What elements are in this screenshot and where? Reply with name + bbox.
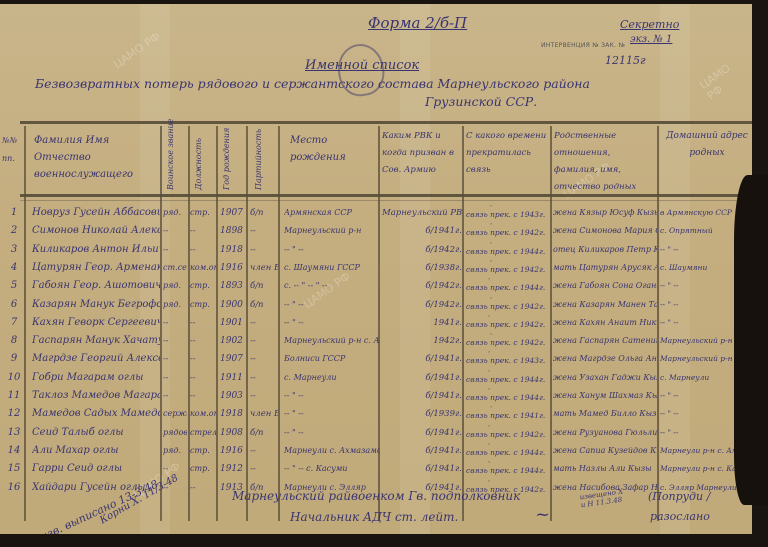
registry-stamp: ИНТЕРВЕНЦИЯ № ЗАК. № bbox=[541, 42, 625, 49]
row-lost-since: Армейск. П-44связь прек. с 1943г. bbox=[466, 205, 552, 223]
row-position: -- bbox=[190, 242, 216, 258]
row-lost-text: связь прек. с 1942г. bbox=[466, 338, 545, 347]
row-position: -- bbox=[190, 351, 216, 367]
row-birth-year: 1907 bbox=[220, 351, 244, 367]
row-name: Гобри Магарам оглы bbox=[32, 370, 160, 386]
watermark: ЦАМО РФ bbox=[697, 51, 752, 102]
row-rank: ряд. bbox=[163, 205, 187, 221]
row-position: стр. bbox=[190, 443, 216, 459]
table-row: 6Казарян Манук Бегрофовичряд.стр.1900б/п… bbox=[0, 297, 752, 316]
row-unit: Армейск. XII-44 bbox=[466, 370, 552, 372]
row-relative: мать Мамед Билло Кызы bbox=[553, 406, 657, 422]
header-position: Должность bbox=[194, 138, 203, 190]
row-lost-text: связь прек. с 1942г. bbox=[466, 265, 545, 274]
row-number: 1 bbox=[4, 205, 24, 221]
row-unit: Армейск. XII-42 bbox=[466, 425, 552, 427]
row-rank: -- bbox=[163, 351, 187, 367]
row-party: член ВЛКСМ bbox=[250, 406, 278, 422]
row-rank: ряд. bbox=[163, 443, 187, 459]
header-bottom-rule-thin bbox=[20, 200, 752, 201]
row-rank: -- bbox=[163, 370, 187, 386]
row-lost-text: связь прек. с 1944г. bbox=[466, 283, 545, 292]
row-party: -- bbox=[250, 370, 278, 386]
table-row: 1Новруз Гусейн Аббасовичряд.стр.1907б/пА… bbox=[0, 205, 752, 224]
row-number: 13 bbox=[4, 425, 24, 441]
bracket-note-1: (Попруди / bbox=[648, 490, 710, 503]
row-drafted: Марнеульский РВК б/1941г. bbox=[382, 205, 462, 221]
row-birth-year: 1902 bbox=[220, 333, 244, 349]
row-relative: жена Кязыр Юсуф Кызы bbox=[553, 205, 657, 221]
row-birth-year: 1918 bbox=[220, 242, 244, 258]
row-unit: Армейск. XII-42 bbox=[466, 315, 552, 317]
header-drafted: Каким РВК и когда призван в Сов. Армию bbox=[382, 128, 460, 179]
table-row: 12Мамедов Садых Мамедовичсержантком.отд.… bbox=[0, 406, 752, 425]
row-position: стр. bbox=[190, 461, 216, 477]
row-unit: Армейск. XII-44 bbox=[466, 443, 552, 445]
row-drafted: б/1941г. bbox=[382, 425, 462, 441]
table-row: 9Магрдзе Георгий Алексеевич----1907--Бол… bbox=[0, 351, 752, 370]
row-lost-since: Армейск. П-43связь прек. с 1942г. bbox=[466, 333, 552, 351]
row-drafted: 1941г. bbox=[382, 315, 462, 331]
row-birthplace: -- " -- bbox=[284, 388, 380, 404]
row-birth-year: 1912 bbox=[220, 461, 244, 477]
table-row: 4Цатурян Геор. Арменаковичст.сержантком.… bbox=[0, 260, 752, 279]
row-name: Али Махар оглы bbox=[32, 443, 160, 459]
row-drafted: б/1942г. bbox=[382, 242, 462, 258]
signature-line-1: Марнеульский райвоенком Гв. подполковник bbox=[232, 489, 520, 503]
signature-line-2: Начальник АДЧ ст. лейт. bbox=[290, 510, 458, 524]
row-unit: Армейск. XII-44 bbox=[466, 461, 552, 463]
row-position: -- bbox=[190, 370, 216, 386]
row-position: -- bbox=[190, 388, 216, 404]
row-birthplace: с. Шаумяни ГССР bbox=[284, 260, 380, 276]
row-birth-year: 1898 bbox=[220, 223, 244, 239]
row-lost-since: Армейск. XII-44связь прек. с 1944г. bbox=[466, 370, 552, 388]
row-rank: ряд. bbox=[163, 278, 187, 294]
row-birth-year: 1907 bbox=[220, 205, 244, 221]
row-unit: Армейск. П-44 bbox=[466, 205, 552, 207]
header-address: Домашний адрес родных bbox=[664, 128, 750, 162]
form-label: Форма 2/б-П bbox=[368, 14, 467, 32]
row-relative: жена Кахян Анаит Никитична bbox=[553, 315, 657, 331]
row-unit: Армейск. XII-42 bbox=[466, 480, 552, 482]
table-row: 5Габоян Геор. Ашотовичряд.стр.1893б/пс. … bbox=[0, 278, 752, 297]
row-name: Гарри Сеид оглы bbox=[32, 461, 160, 477]
row-lost-text: связь прек. с 1942г. bbox=[466, 320, 545, 329]
row-relative: мать Назлы Али Кызы bbox=[553, 461, 657, 477]
row-birthplace: -- " -- bbox=[284, 315, 380, 331]
row-lost-since: Армейск. XII-42связь прек. с 1942г. bbox=[466, 425, 552, 443]
row-relative: жена Узахан Гаджи Кызы bbox=[553, 370, 657, 386]
table-row: 10Гобри Магарам оглы----1911--с. Марнеул… bbox=[0, 370, 752, 389]
row-position: ком.отд. bbox=[190, 406, 216, 422]
table-row: 7Кахян Геворк Сергеевич----1901---- " --… bbox=[0, 315, 752, 334]
row-position: -- bbox=[190, 480, 216, 496]
row-relative: жена Гаспарян Сатеник Карапетовна bbox=[553, 333, 657, 349]
row-party: б/п bbox=[250, 425, 278, 441]
row-drafted: б/1938г. bbox=[382, 260, 462, 276]
row-birthplace: Марнеули с. Ахмазамо bbox=[284, 443, 380, 459]
row-birthplace: -- " -- bbox=[284, 297, 380, 313]
row-lost-since: Армейск. XII-44связь прек. с 1944г. bbox=[466, 461, 552, 479]
row-drafted: 1942г. bbox=[382, 333, 462, 349]
row-name: Таклоз Мамедов Магарам оглы bbox=[32, 388, 160, 404]
row-number: 11 bbox=[4, 388, 24, 404]
row-name: Кахян Геворк Сергеевич bbox=[32, 315, 160, 331]
row-birthplace: -- " -- с. Касуми bbox=[284, 461, 380, 477]
row-position: стр. bbox=[190, 278, 216, 294]
watermark: ЦАМО РФ bbox=[111, 30, 163, 72]
list-title: Именной список bbox=[305, 58, 419, 73]
row-birthplace: -- " -- bbox=[284, 425, 380, 441]
row-rank: сержант bbox=[163, 406, 187, 422]
row-lost-text: связь прек. с 1942г. bbox=[466, 430, 545, 439]
header-name: Фамилия Имя Отчество военнослужащего bbox=[34, 132, 154, 183]
row-party: -- bbox=[250, 388, 278, 404]
row-birth-year: 1893 bbox=[220, 278, 244, 294]
row-relative: жена Казарян Манен Татевосовна bbox=[553, 297, 657, 313]
row-lost-text: связь прек. с 1944г. bbox=[466, 247, 545, 256]
row-rank: ст.сержант bbox=[163, 260, 187, 276]
row-birth-year: 1918 bbox=[220, 406, 244, 422]
row-birth-year: 1916 bbox=[220, 260, 244, 276]
row-birthplace: -- " -- bbox=[284, 242, 380, 258]
row-number: 8 bbox=[4, 333, 24, 349]
row-relative: жена Рузуанова Гюльли Кызы bbox=[553, 425, 657, 441]
row-party: -- bbox=[250, 223, 278, 239]
row-birthplace: -- " -- bbox=[284, 406, 380, 422]
header-birthplace: Место рождения bbox=[290, 132, 370, 166]
table-row: 11Таклоз Мамедов Магарам оглы----1903---… bbox=[0, 388, 752, 407]
row-lost-since: Армейск. XII-43связь прек. с 1944г. bbox=[466, 388, 552, 406]
row-lost-since: Армейск. П-42связь прек. с 1942г. bbox=[466, 260, 552, 278]
row-number: 14 bbox=[4, 443, 24, 459]
row-unit: Армейск. П-43 bbox=[466, 297, 552, 299]
row-unit: Армейск. XII-44 bbox=[466, 278, 552, 280]
bracket-note-2: разослано bbox=[650, 510, 710, 523]
row-party: -- bbox=[250, 333, 278, 349]
row-relative: жена Ханум Шахмаз Кызы bbox=[553, 388, 657, 404]
row-rank: -- bbox=[163, 223, 187, 239]
row-number: 15 bbox=[4, 461, 24, 477]
table-row: 3Киликаров Антон Ильич----1918---- " --б… bbox=[0, 242, 752, 261]
row-number: 6 bbox=[4, 297, 24, 313]
table-row: 14Али Махар оглыряд.стр.1916--Марнеули с… bbox=[0, 443, 752, 462]
row-relative: отец Киликаров Петр Кондратьевич bbox=[553, 242, 657, 258]
torn-edge bbox=[734, 175, 768, 505]
row-name: Габоян Геор. Ашотович bbox=[32, 278, 160, 294]
row-birth-year: 1901 bbox=[220, 315, 244, 331]
row-birth-year: 1900 bbox=[220, 297, 244, 313]
row-lost-since: Армейск. П-45связь прек. с 1944г. bbox=[466, 242, 552, 260]
row-lost-text: связь прек. с 1944г. bbox=[466, 375, 545, 384]
row-name: Киликаров Антон Ильич bbox=[32, 242, 160, 258]
row-number: 12 bbox=[4, 406, 24, 422]
classification-label: Секретно bbox=[620, 18, 679, 31]
table-row: 15Гарри Сеид оглы--стр.1912---- " -- с. … bbox=[0, 461, 752, 480]
row-lost-text: связь прек. с 1942г. bbox=[466, 302, 545, 311]
copy-label: экз. № 1 bbox=[630, 34, 672, 45]
row-party: -- bbox=[250, 315, 278, 331]
row-number: 9 bbox=[4, 351, 24, 367]
row-name: Сеид Талыб оглы bbox=[32, 425, 160, 441]
row-position: -- bbox=[190, 223, 216, 239]
row-birth-year: 1916 bbox=[220, 443, 244, 459]
row-birth-year: 1911 bbox=[220, 370, 244, 386]
row-number: 4 bbox=[4, 260, 24, 276]
row-name: Новруз Гусейн Аббасович bbox=[32, 205, 160, 221]
row-relative: жена Габоян Сона Оганесовна bbox=[553, 278, 657, 294]
header-party: Партийность bbox=[254, 129, 263, 190]
table-top-rule bbox=[20, 121, 752, 124]
row-name: Симонов Николай Алексеевич bbox=[32, 223, 160, 239]
row-position: стрелок bbox=[190, 425, 216, 441]
row-drafted: б/1941г. bbox=[382, 351, 462, 367]
subtitle-line-2: Грузинской ССР. bbox=[425, 94, 537, 109]
row-lost-text: связь прек. с 1943г. bbox=[466, 210, 545, 219]
row-rank: ряд. bbox=[163, 297, 187, 313]
header-rank: Воинское звание bbox=[166, 119, 175, 190]
row-lost-text: связь прек. с 1944г. bbox=[466, 393, 545, 402]
row-rank: -- bbox=[163, 242, 187, 258]
row-drafted: б/1941г. bbox=[382, 443, 462, 459]
row-party: -- bbox=[250, 242, 278, 258]
row-number: 10 bbox=[4, 370, 24, 386]
row-unit: Армейск. П-42 bbox=[466, 260, 552, 262]
table-row: 2Симонов Николай Алексеевич----1898--Мар… bbox=[0, 223, 752, 242]
row-party: б/п bbox=[250, 205, 278, 221]
row-lost-since: Армейск. П-43связь прек. с 1942г. bbox=[466, 223, 552, 241]
row-position: -- bbox=[190, 315, 216, 331]
row-position: ком.отд. bbox=[190, 260, 216, 276]
row-party: -- bbox=[250, 461, 278, 477]
header-number: №№ пп. bbox=[2, 132, 22, 168]
row-rank: -- bbox=[163, 388, 187, 404]
row-birthplace: с. Марнеули bbox=[284, 370, 380, 386]
row-party: б/п bbox=[250, 297, 278, 313]
inventory-number: 12115г bbox=[605, 54, 646, 67]
row-name: Мамедов Садых Мамедович bbox=[32, 406, 160, 422]
row-birth-year: 1908 bbox=[220, 425, 244, 441]
row-lost-since: Армейск. XII-42связь прек. с 1942г. bbox=[466, 315, 552, 333]
table-row: 13Сеид Талыб оглырядовойстрелок1908б/п--… bbox=[0, 425, 752, 444]
row-relative: жена Магрдзе Ольга Антоновна bbox=[553, 351, 657, 367]
row-birthplace: Армянская ССР bbox=[284, 205, 380, 221]
row-drafted: б/1942г. bbox=[382, 297, 462, 313]
row-lost-text: связь прек. с 1943г. bbox=[466, 356, 545, 365]
header-lost-since: С какого времени прекратилась связь bbox=[466, 128, 548, 179]
row-name: Магрдзе Георгий Алексеевич bbox=[32, 351, 160, 367]
row-name: Казарян Манук Бегрофович bbox=[32, 297, 160, 313]
row-position: стр. bbox=[190, 205, 216, 221]
table-row: 8Гаспарян Манук Хачатурович----1902--Мар… bbox=[0, 333, 752, 352]
row-number: 5 bbox=[4, 278, 24, 294]
row-name: Цатурян Геор. Арменакович bbox=[32, 260, 160, 276]
row-birthplace: Марнеульский р-н с. Алгет bbox=[284, 333, 380, 349]
row-drafted: б/1941г. bbox=[382, 370, 462, 386]
row-drafted: б/1939г. bbox=[382, 406, 462, 422]
row-birthplace: Марнеульский р-н bbox=[284, 223, 380, 239]
row-rank: -- bbox=[163, 333, 187, 349]
row-number: 16 bbox=[4, 480, 24, 496]
row-birth-year: 1903 bbox=[220, 388, 244, 404]
row-lost-text: связь прек. с 1941г. bbox=[466, 411, 545, 420]
row-party: член ВКП(б) bbox=[250, 260, 278, 276]
row-party: б/п bbox=[250, 278, 278, 294]
row-lost-since: Армейск. XII-44связь прек. с 1944г. bbox=[466, 278, 552, 296]
row-unit: Армейск. П-43 bbox=[466, 223, 552, 225]
row-lost-text: связь прек. с 1942г. bbox=[466, 228, 545, 237]
row-lost-since: Армейск. XII-43связь прек. с 1943г. bbox=[466, 351, 552, 369]
header-birth-year: Год рождения bbox=[222, 128, 231, 190]
row-lost-since: Армейск. П-43связь прек. с 1942г. bbox=[466, 297, 552, 315]
row-party: -- bbox=[250, 351, 278, 367]
row-lost-since: Армейск. XII-44связь прек. с 1944г. bbox=[466, 443, 552, 461]
row-rank: рядовой bbox=[163, 425, 187, 441]
row-party: -- bbox=[250, 443, 278, 459]
row-drafted: б/1941г. bbox=[382, 461, 462, 477]
row-unit: Армейск. XII-43 bbox=[466, 388, 552, 390]
row-unit: Армейск. П-43 bbox=[466, 333, 552, 335]
subtitle-line-1: Безвозвратных потерь рядового и сержантс… bbox=[35, 76, 590, 91]
row-number: 7 bbox=[4, 315, 24, 331]
row-unit: Армейск. XII-43 bbox=[466, 351, 552, 353]
row-birthplace: Болниси ГССР bbox=[284, 351, 380, 367]
row-lost-text: связь прек. с 1944г. bbox=[466, 466, 545, 475]
row-relative: мать Цатурян Арусяк Акоповна bbox=[553, 260, 657, 276]
row-lost-since: Армейск. П-42связь прек. с 1941г. bbox=[466, 406, 552, 424]
row-rank: -- bbox=[163, 315, 187, 331]
row-relative: жена Сапиа Кузейдов Кызы bbox=[553, 443, 657, 459]
row-birthplace: с. -- " -- " -- bbox=[284, 278, 380, 294]
row-number: 3 bbox=[4, 242, 24, 258]
row-drafted: б/1942г. bbox=[382, 278, 462, 294]
row-relative: жена Симонова Мария Степановна bbox=[553, 223, 657, 239]
row-number: 2 bbox=[4, 223, 24, 239]
row-position: стр. bbox=[190, 297, 216, 313]
row-lost-text: связь прек. с 1944г. bbox=[466, 448, 545, 457]
row-drafted: б/1941г. bbox=[382, 223, 462, 239]
signature-scribble: ~ bbox=[535, 504, 550, 525]
row-drafted: б/1941г. bbox=[382, 388, 462, 404]
row-position: -- bbox=[190, 333, 216, 349]
row-unit: Армейск. П-45 bbox=[466, 242, 552, 244]
row-name: Гаспарян Манук Хачатурович bbox=[32, 333, 160, 349]
document-page: ЦАМО РФ ЦАМО РФ ЦАМО РФ ЦАМО РФ ЦАМО РФ … bbox=[0, 4, 752, 534]
row-unit: Армейск. П-42 bbox=[466, 406, 552, 408]
header-relatives: Родственные отношения, фамилия, имя, отч… bbox=[554, 128, 654, 196]
